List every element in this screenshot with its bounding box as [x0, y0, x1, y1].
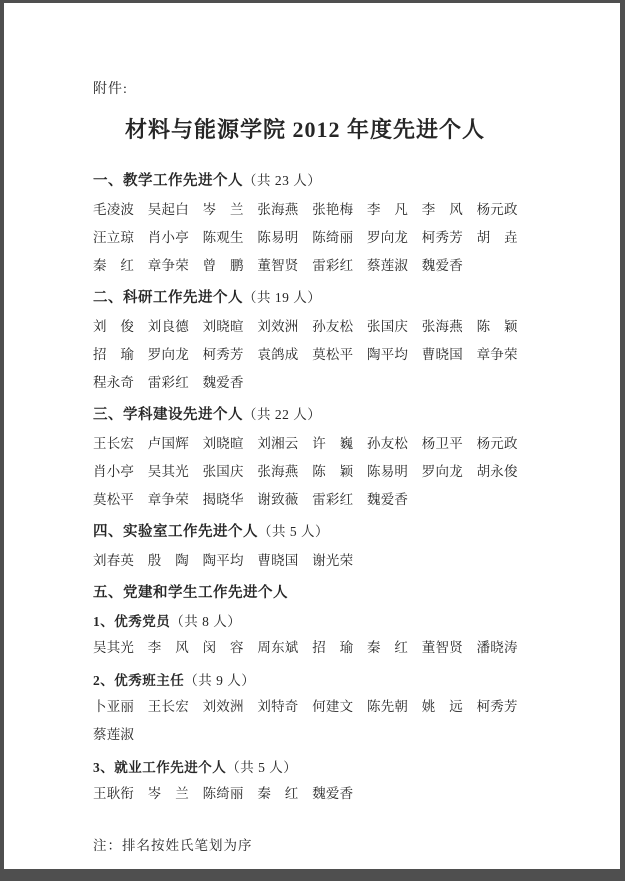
name-row: 秦 红 章争荣 曾 鹏 董智贤 雷彩红 蔡莲淑 魏爱香 — [93, 252, 517, 280]
name-row: 王耿衔 岑 兰 陈绮丽 秦 红 魏爱香 — [93, 780, 517, 808]
name-row: 刘 俊 刘良德 刘晓暄 刘效洲 孙友松 张国庆 张海燕 陈 颖 — [93, 313, 517, 341]
document-page: 附件: 材料与能源学院 2012 年度先进个人 一、教学工作先进个人（共 23 … — [4, 3, 620, 869]
section-heading-text: 三、学科建设先进个人 — [93, 407, 243, 423]
name-row: 刘春英 殷 陶 陶平均 曹晓国 谢光荣 — [93, 547, 517, 575]
name-row: 毛凌波 吴起白 岑 兰 张海燕 张艳梅 李 凡 李 风 杨元政 — [93, 196, 517, 224]
attachment-label: 附件: — [93, 81, 517, 99]
note: 注：排名按姓氏笔划为序 — [93, 834, 517, 854]
subsection-heading: 2、优秀班主任（共 9 人） — [93, 671, 517, 690]
name-row: 卜亚丽 王长宏 刘效洲 刘特奇 何建文 陈先朝 姚 远 柯秀芳 — [93, 693, 517, 721]
section-laboratory: 四、实验室工作先进个人（共 5 人） 刘春英 殷 陶 陶平均 曹晓国 谢光荣 — [93, 522, 517, 575]
subsection-outstanding-party-members: 1、优秀党员（共 8 人） 吴其光 李 风 闵 容 周东斌 招 瑜 秦 红 董智… — [93, 612, 517, 662]
section-heading-text: 五、党建和学生工作先进个人 — [93, 585, 288, 601]
section-heading: 三、学科建设先进个人（共 22 人） — [93, 405, 517, 425]
subsection-heading-text: 2、优秀班主任 — [93, 673, 184, 688]
document-content: 附件: 材料与能源学院 2012 年度先进个人 一、教学工作先进个人（共 23 … — [4, 3, 517, 854]
name-row: 吴其光 李 风 闵 容 周东斌 招 瑜 秦 红 董智贤 潘晓涛 — [93, 634, 517, 662]
section-discipline: 三、学科建设先进个人（共 22 人） 王长宏 卢国辉 刘晓暄 刘湘云 许 巍 孙… — [93, 405, 517, 514]
subsection-employment-work: 3、就业工作先进个人（共 5 人） 王耿衔 岑 兰 陈绮丽 秦 红 魏爱香 — [93, 758, 517, 808]
subsection-count: （共 9 人） — [184, 673, 255, 688]
name-row: 肖小亭 吴其光 张国庆 张海燕 陈 颖 陈易明 罗向龙 胡永俊 — [93, 458, 517, 486]
section-heading-text: 二、科研工作先进个人 — [93, 290, 243, 306]
page-title: 材料与能源学院 2012 年度先进个人 — [93, 115, 517, 145]
subsection-heading: 1、优秀党员（共 8 人） — [93, 612, 517, 631]
subsection-heading-text: 3、就业工作先进个人 — [93, 760, 226, 775]
section-heading: 五、党建和学生工作先进个人 — [93, 583, 517, 603]
section-research: 二、科研工作先进个人（共 19 人） 刘 俊 刘良德 刘晓暄 刘效洲 孙友松 张… — [93, 288, 517, 397]
section-heading: 四、实验室工作先进个人（共 5 人） — [93, 522, 517, 542]
name-row: 程永奇 雷彩红 魏爱香 — [93, 369, 517, 397]
subsection-count: （共 5 人） — [226, 760, 297, 775]
section-count: （共 22 人） — [243, 407, 321, 422]
section-heading-text: 四、实验室工作先进个人 — [93, 524, 258, 540]
section-heading: 一、教学工作先进个人（共 23 人） — [93, 171, 517, 191]
subsection-heading-text: 1、优秀党员 — [93, 614, 170, 629]
section-teaching: 一、教学工作先进个人（共 23 人） 毛凌波 吴起白 岑 兰 张海燕 张艳梅 李… — [93, 171, 517, 280]
section-party-student: 五、党建和学生工作先进个人 1、优秀党员（共 8 人） 吴其光 李 风 闵 容 … — [93, 583, 517, 808]
name-row: 王长宏 卢国辉 刘晓暄 刘湘云 许 巍 孙友松 杨卫平 杨元政 — [93, 430, 517, 458]
subsection-heading: 3、就业工作先进个人（共 5 人） — [93, 758, 517, 777]
subsection-outstanding-class-advisers: 2、优秀班主任（共 9 人） 卜亚丽 王长宏 刘效洲 刘特奇 何建文 陈先朝 姚… — [93, 671, 517, 749]
name-row: 莫松平 章争荣 揭晓华 谢致薇 雷彩红 魏爱香 — [93, 486, 517, 514]
section-heading-text: 一、教学工作先进个人 — [93, 173, 243, 189]
name-row: 汪立琼 肖小亭 陈观生 陈易明 陈绮丽 罗向龙 柯秀芳 胡 垚 — [93, 224, 517, 252]
name-row: 招 瑜 罗向龙 柯秀芳 袁鸽成 莫松平 陶平均 曹晓国 章争荣 — [93, 341, 517, 369]
section-heading: 二、科研工作先进个人（共 19 人） — [93, 288, 517, 308]
subsection-count: （共 8 人） — [170, 614, 241, 629]
section-count: （共 19 人） — [243, 290, 321, 305]
section-count: （共 23 人） — [243, 173, 321, 188]
name-row: 蔡莲淑 — [93, 721, 517, 749]
section-count: （共 5 人） — [258, 524, 329, 539]
